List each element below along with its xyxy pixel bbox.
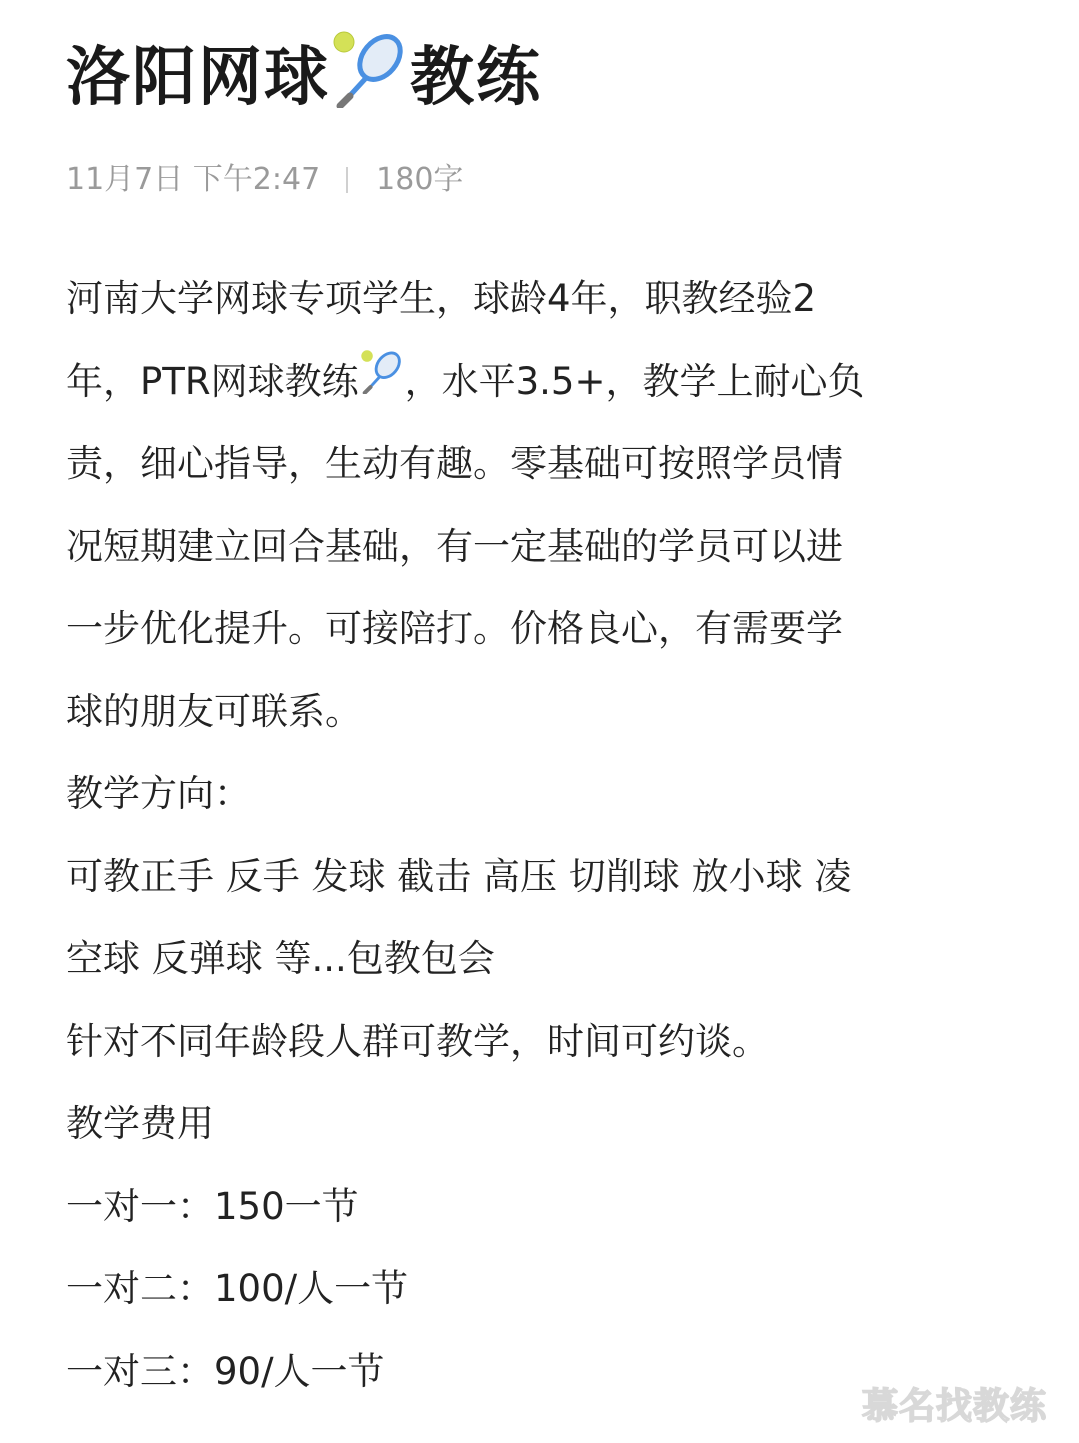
body-line: 空球 反弹球 等...包教包会 xyxy=(66,918,1016,1001)
tennis-racket-icon xyxy=(330,28,410,127)
tennis-racket-icon xyxy=(359,341,405,424)
note-title: 洛阳网球 教练 xyxy=(66,28,542,127)
body-text: ，水平3.5+，教学上耐心负 xyxy=(405,341,865,424)
body-line: 责，细心指导，生动有趣。零基础可按照学员情 xyxy=(66,423,1016,506)
body-line: 球的朋友可联系。 xyxy=(66,671,1016,754)
title-text-part2: 教练 xyxy=(410,38,542,118)
meta-divider xyxy=(346,167,348,193)
note-body: 河南大学网球专项学生，球龄4年，职教经验2 年，PTR网球教练 ，水平3.5+，… xyxy=(66,258,1016,1413)
price-item: 一对一：150一节 xyxy=(66,1166,1016,1249)
title-text-part1: 洛阳网球 xyxy=(66,38,330,118)
section-heading: 教学费用 xyxy=(66,1083,1016,1166)
body-line: 一步优化提升。可接陪打。价格良心，有需要学 xyxy=(66,588,1016,671)
body-line: 可教正手 反手 发球 截击 高压 切削球 放小球 凌 xyxy=(66,836,1016,919)
body-text: 年，PTR网球教练 xyxy=(66,341,359,424)
note-meta: 11月7日 下午2:47 180字 xyxy=(66,160,463,200)
price-item: 一对二：100/人一节 xyxy=(66,1248,1016,1331)
word-count: 180字 xyxy=(376,160,463,200)
note-date: 11月7日 下午2:47 xyxy=(66,160,320,200)
section-heading: 教学方向： xyxy=(66,753,1016,836)
body-line: 况短期建立回合基础，有一定基础的学员可以进 xyxy=(66,506,1016,589)
body-line: 年，PTR网球教练 ，水平3.5+，教学上耐心负 xyxy=(66,341,1016,424)
watermark: 慕名找教练 xyxy=(862,1378,1047,1429)
body-line: 针对不同年龄段人群可教学，时间可约谈。 xyxy=(66,1001,1016,1084)
body-line: 河南大学网球专项学生，球龄4年，职教经验2 xyxy=(66,258,1016,341)
